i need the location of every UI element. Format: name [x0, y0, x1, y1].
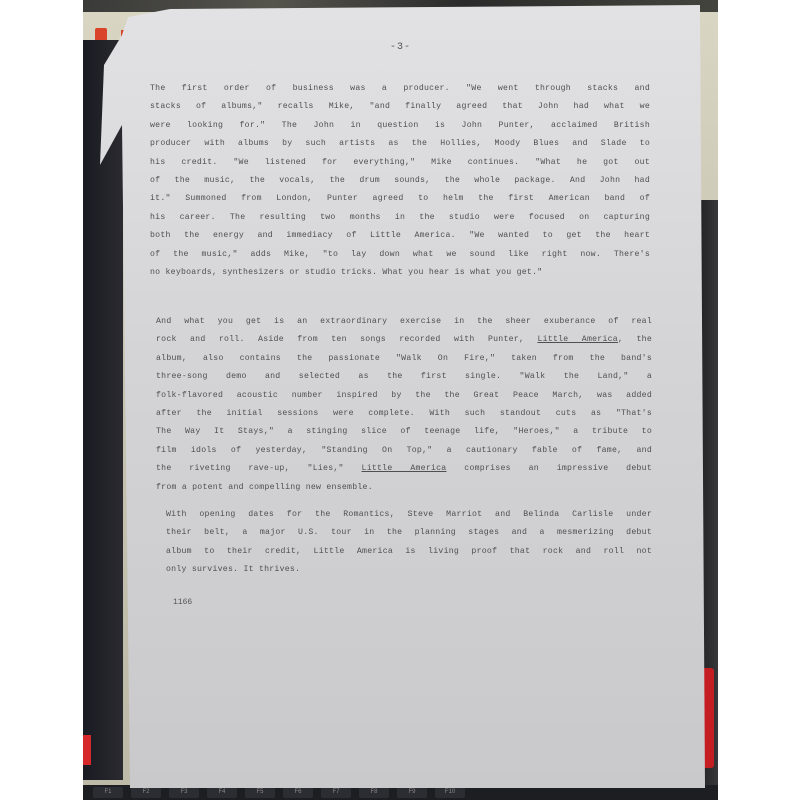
text-line: no keyboards, synthesizers or studio tri…: [150, 264, 650, 282]
text-line: producer with albums by such artists as …: [150, 135, 650, 153]
keyboard-key: F7: [321, 787, 351, 798]
text-line: rock and roll. Aside from ten songs reco…: [156, 331, 652, 349]
paragraph-tour: With opening dates for the Romantics, St…: [166, 506, 652, 580]
keyboard-key: F9: [397, 787, 427, 798]
text-line: The first order of business was a produc…: [150, 80, 650, 98]
text-line: album, also contains the passionate "Wal…: [156, 350, 652, 368]
paragraph-producer: The first order of business was a produc…: [150, 80, 650, 282]
text-line: The Way It Stays," a stinging slice of t…: [156, 423, 652, 441]
text-line: the riveting rave-up, "Lies," Little Ame…: [156, 460, 652, 478]
text-line: film idols of yesterday, "Standing On To…: [156, 442, 652, 460]
text-line: And what you get is an extraordinary exe…: [156, 313, 652, 331]
text-line: their belt, a major U.S. tour in the pla…: [166, 524, 652, 542]
keyboard-key: F5: [245, 787, 275, 798]
sleeve-red-mark-left: [83, 735, 91, 765]
text-line: of the music," adds Mike, "to lay down w…: [150, 246, 650, 264]
text-line: it." Summoned from London, Punter agreed…: [150, 190, 650, 208]
keyboard-key: F1: [93, 787, 123, 798]
keyboard-key: F6: [283, 787, 313, 798]
underlined-title: Little America: [537, 335, 618, 344]
keyboard-key: F4: [207, 787, 237, 798]
document-code: 1166: [173, 598, 192, 607]
text-line: of the music, the vocals, the drum sound…: [150, 172, 650, 190]
keyboard-key: F3: [169, 787, 199, 798]
text-line: were looking for." The John in question …: [150, 117, 650, 135]
text-line: stacks of albums," recalls Mike, "and fi…: [150, 98, 650, 116]
text-line: both the energy and immediacy of Little …: [150, 227, 650, 245]
text-line: his credit. "We listened for everything,…: [150, 154, 650, 172]
text-line: after the initial sessions were complete…: [156, 405, 652, 423]
paragraph-album: And what you get is an extraordinary exe…: [156, 313, 652, 497]
text-line: from a potent and compelling new ensembl…: [156, 479, 652, 497]
text-line: only survives. It thrives.: [166, 561, 652, 579]
page-marker: -3-: [390, 42, 411, 53]
keyboard-key: F10: [435, 787, 465, 798]
underlined-title: Little America: [362, 464, 447, 473]
text-line: three-song demo and selected as the firs…: [156, 368, 652, 386]
keyboard-key: F8: [359, 787, 389, 798]
keyboard-key: F2: [131, 787, 161, 798]
text-line: album to their credit, Little America is…: [166, 543, 652, 561]
text-line: With opening dates for the Romantics, St…: [166, 506, 652, 524]
text-line: folk-flavored acoustic number inspired b…: [156, 387, 652, 405]
text-line: his career. The resulting two months in …: [150, 209, 650, 227]
